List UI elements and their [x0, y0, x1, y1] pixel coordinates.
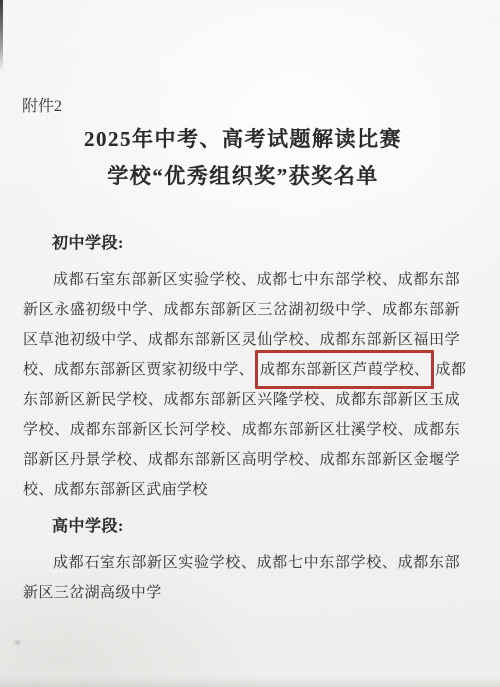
school-list-line: 新区永盛初级中学、成都东部新区三岔湖初级中学、成都东部新	[23, 295, 460, 325]
school-list-line: 成都石室东部新区实验学校、成都七中东部学校、成都东部	[23, 265, 460, 295]
document-title-line1: 2025年中考、高考试题解读比赛	[0, 121, 486, 158]
document-title: 2025年中考、高考试题解读比赛 学校“优秀组织奖”获奖名单	[0, 121, 486, 195]
school-list-line: 部新区丹景学校、成都东部新区高明学校、成都东部新区金堰学	[23, 445, 460, 475]
document-title-line2: 学校“优秀组织奖”获奖名单	[0, 158, 486, 195]
junior-section-heading: 初中学段:	[52, 229, 460, 259]
section-senior-high: 高中学段: 成都石室东部新区实验学校、成都七中东部学校、成都东部 新区三岔湖高级…	[23, 512, 460, 608]
senior-school-list: 成都石室东部新区实验学校、成都七中东部学校、成都东部 新区三岔湖高级中学	[23, 548, 460, 608]
attachment-label: 附件2	[22, 93, 62, 116]
line-text-before-highlight: 校、成都东部新区贾家初级中学、	[23, 362, 254, 378]
scanned-document-page: 附件2 2025年中考、高考试题解读比赛 学校“优秀组织奖”获奖名单 初中学段:…	[0, 0, 500, 687]
scan-bottom-shadow	[0, 677, 500, 687]
school-list-line-highlighted: 校、成都东部新区贾家初级中学、成都东部新区芦葭学校、成都	[23, 355, 460, 385]
school-list-line: 校、成都东部新区武庙学校	[23, 475, 460, 505]
school-list-line: 新区三岔湖高级中学	[23, 578, 460, 608]
scan-edge-artifact	[0, 0, 3, 72]
school-list-line: 学校、成都东部新区长河学校、成都东部新区壮溪学校、成都东	[23, 415, 460, 445]
school-list-line: 东部新区新民学校、成都东部新区兴隆学校、成都东部新区玉成	[23, 385, 460, 415]
line-text-after-highlight: 成都	[435, 362, 466, 378]
highlight-box: 成都东部新区芦葭学校、	[255, 350, 434, 389]
senior-section-heading: 高中学段:	[52, 512, 460, 542]
school-list-line: 成都石室东部新区实验学校、成都七中东部学校、成都东部	[23, 548, 460, 578]
section-junior-high: 初中学段: 成都石室东部新区实验学校、成都七中东部学校、成都东部 新区永盛初级中…	[23, 229, 460, 505]
junior-school-list: 成都石室东部新区实验学校、成都七中东部学校、成都东部 新区永盛初级中学、成都东部…	[23, 265, 460, 505]
paper-smudge-artifact	[13, 639, 22, 646]
